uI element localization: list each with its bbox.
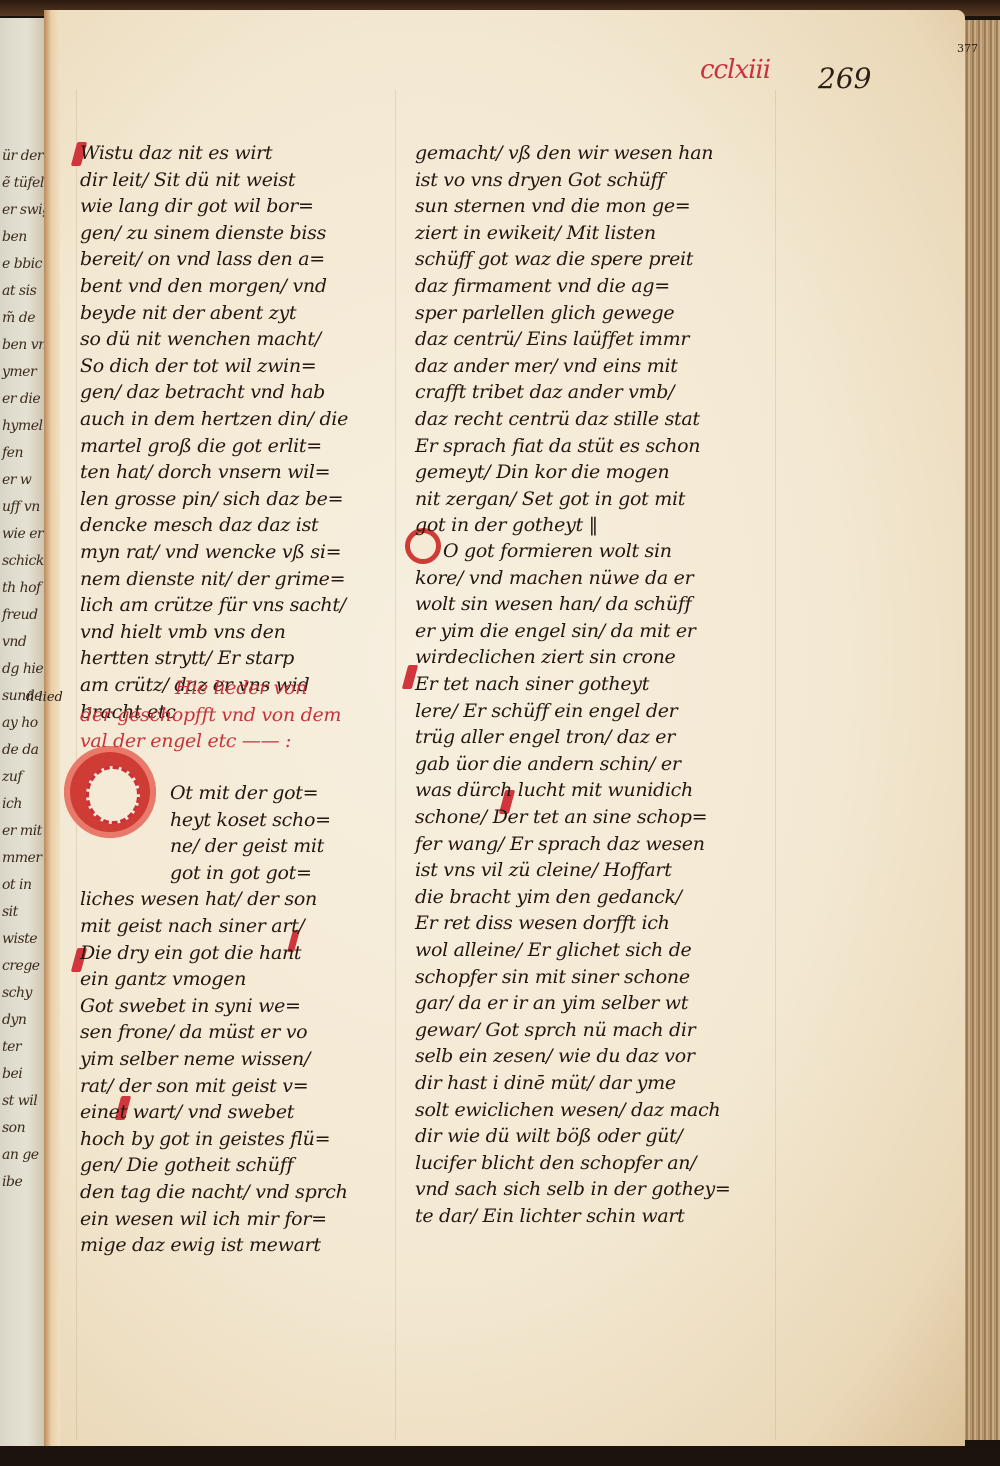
text-line: wolt sin wesen han/ da schüff [415,591,691,618]
text-line: liches wesen hat/ der son [80,886,317,913]
facing-page-text-fragment: er swig [2,202,44,218]
text-line: beyde nit der abent zyt [80,300,296,327]
facing-page-text-fragment: ibe [2,1174,22,1190]
facing-page-text-fragment: ẽ tüfel [2,175,44,191]
text-line: sun sternen vnd die mon ge= [415,193,690,220]
facing-page-text-fragment: ot in [2,877,32,893]
text-line: nem dienste nit/ der grime= [80,566,345,593]
facing-page-text-fragment: bei [2,1066,22,1082]
text-line: bent vnd den morgen/ vnd [80,273,327,300]
text-line: O got formieren wolt sin [443,538,672,565]
text-line: dir leit/ Sit dü nit weist [80,167,295,194]
text-line: Ot mit der got= [170,780,318,807]
text-line: nit zergan/ Set got in got mit [415,486,685,513]
text-line: ist vo vns dryen Got schüff [415,167,664,194]
text-line: die bracht yim den gedanck/ [415,884,682,911]
text-line: te dar/ Ein lichter schin wart [415,1203,684,1230]
facing-page-text-fragment: er mit [2,823,42,839]
text-line: martel groß die got erlit= [80,433,322,460]
text-line: bereit/ on vnd lass den a= [80,246,325,273]
text-line: sper parlellen glich gewege [415,300,674,327]
text-line: Wistu daz nit es wirt [80,140,272,167]
facing-page-text-fragment: sit [2,904,18,920]
text-line: selb ein zesen/ wie du daz vor [415,1043,695,1070]
text-line: Er ret diss wesen dorfft ich [415,910,670,937]
facing-page-text-fragment: st wil [2,1093,37,1109]
text-line: got in got got= [170,860,312,887]
ruling-line [775,90,776,1440]
facing-page-text-fragment: er w [2,472,31,488]
text-line: sen frone/ da müst er vo [80,1019,307,1046]
rubric-heading-line: val der engel etc —— : [80,728,291,755]
text-line: rat/ der son mit geist v= [80,1073,308,1100]
margin-note: ñ lied [26,690,63,705]
rubric-heading-line: der geschopfft vnd von dem [80,702,341,729]
text-line: ist vns vil zü cleine/ Hoffart [415,857,672,884]
facing-page-text-fragment: ter [2,1039,21,1055]
text-line: Got swebet in syni we= [80,993,301,1020]
facing-page-text-fragment: wie er [2,526,43,542]
text-line: gen/ zu sinem dienste biss [80,220,326,247]
text-line: er yim die engel sin/ da mit er [415,618,696,645]
text-line: schopfer sin mit siner schone [415,964,690,991]
facing-page-text-fragment: ay ho [2,715,38,731]
decorated-initial-g-icon [64,746,156,838]
text-line: vnd hielt vmb vns den [80,619,286,646]
text-line: hertten strytt/ Er starp [80,645,294,672]
rubric-heading-line: Hie lieder von [175,675,307,702]
page-edges [965,20,1000,1440]
text-line: hoch by got in geistes flü= [80,1126,330,1153]
facing-page-text-fragment: ich [2,796,22,812]
facing-page-text-fragment: son [2,1120,25,1136]
initial-g-counter [86,766,140,824]
text-line: den tag die nacht/ vnd sprch [80,1179,348,1206]
folio-number-modern: 377 [957,42,978,55]
text-line: daz ander mer/ vnd eins mit [415,353,678,380]
facing-page-text-fragment: de da [2,742,39,758]
book-bottom-shadow [0,1446,1000,1466]
facing-page-text-fragment: ür der [2,148,43,164]
facing-page-text-fragment: wiste [2,931,37,947]
text-line: lucifer blicht den schopfer an/ [415,1150,696,1177]
text-line: so dü nit wenchen macht/ [80,326,321,353]
text-line: len grosse pin/ sich daz be= [80,486,343,513]
folio-number-arabic: 269 [818,62,871,95]
text-line: ziert in ewikeit/ Mit listen [415,220,656,247]
text-line: gemacht/ vß den wir wesen han [415,140,713,167]
text-line: Er sprach fiat da stüt es schon [415,433,700,460]
facing-page-text-fragment: freud [2,607,38,623]
facing-page-text-fragment: ymer [2,364,36,380]
text-line: kore/ vnd machen nüwe da er [415,565,693,592]
facing-page-text-fragment: th hof [2,580,41,596]
facing-page-text-fragment: dg hie [2,661,43,677]
facing-page-text-fragment: er die [2,391,40,407]
facing-page-text-fragment: schick [2,553,44,569]
text-line: mige daz ewig ist mewart [80,1232,321,1259]
text-line: lere/ Er schüff ein engel der [415,698,677,725]
text-line: gab üor die andern schin/ er [415,751,681,778]
text-line: lich am crütze für vns sacht/ [80,592,346,619]
text-line: ein wesen wil ich mir for= [80,1206,327,1233]
facing-page-text-fragment: uff vn [2,499,40,515]
text-line: solt ewiclichen wesen/ daz mach [415,1097,720,1124]
text-line: got in der gotheyt ‖ [415,512,598,539]
text-line: daz recht centrü daz stille stat [415,406,700,433]
facing-page-text-fragment: m̃ de [2,310,35,326]
facing-page-text-fragment: an ge [2,1147,39,1163]
facing-page-text-fragment: fen [2,445,23,461]
text-line: wirdeclichen ziert sin crone [415,644,675,671]
text-line: mit geist nach siner art/ [80,913,305,940]
text-line: was dürch lucht mit wunidich [415,777,693,804]
text-line: gewar/ Got sprch nü mach dir [415,1017,695,1044]
text-line: dencke mesch daz daz ist [80,512,318,539]
facing-page-text-fragment: mmer [2,850,42,866]
facing-page-edge: ür derẽ tüfeler swigbene bbicat sism̃ de… [0,18,44,1458]
text-line: Er tet nach siner gotheyt [415,671,649,698]
facing-page-text-fragment: e bbic [2,256,42,272]
text-line: auch in dem hertzen din/ die [80,406,348,433]
text-line: dir hast i dinē müt/ dar yme [415,1070,676,1097]
text-line: daz centrü/ Eins laüffet immr [415,326,689,353]
text-line: crafft tribet daz ander vmb/ [415,379,674,406]
facing-page-text-fragment: hymel [2,418,42,434]
text-line: vnd sach sich selb in der gothey= [415,1176,731,1203]
text-line: So dich der tot wil zwin= [80,353,316,380]
text-line: schüff got waz die spere preit [415,246,693,273]
text-line: gemeyt/ Din kor die mogen [415,459,669,486]
folio-number-roman: cclxiii [700,55,770,85]
text-line: wol alleine/ Er glichet sich de [415,937,692,964]
text-line: ein gantz vmogen [80,966,246,993]
ruling-line [395,90,396,1440]
text-line: fer wang/ Er sprach daz wesen [415,831,705,858]
text-line: dir wie dü wilt böß oder güt/ [415,1123,683,1150]
facing-page-text-fragment: zuf [2,769,22,785]
facing-page-text-fragment: crege [2,958,40,974]
text-line: heyt koset scho= [170,807,331,834]
facing-page-text-fragment: schy [2,985,32,1001]
facing-page-text-fragment: vnd [2,634,26,650]
text-line: einet wart/ vnd swebet [80,1099,294,1126]
text-line: gen/ Die gotheit schüff [80,1152,293,1179]
text-line: gen/ daz betracht vnd hab [80,379,325,406]
text-line: yim selber neme wissen/ [80,1046,310,1073]
text-line: Die dry ein got die hant [80,940,301,967]
facing-page-text-fragment: dyn [2,1012,26,1028]
text-line: gar/ da er ir an yim selber wt [415,990,688,1017]
facing-page-text-fragment: at sis [2,283,36,299]
text-line: trüg aller engel tron/ daz er [415,724,675,751]
text-line: wie lang dir got wil bor= [80,193,314,220]
text-line: ten hat/ dorch vnsern wil= [80,459,330,486]
text-line: schone/ Der tet an sine schop= [415,804,707,831]
facing-page-text-fragment: ben vn [2,337,44,353]
text-line: myn rat/ vnd wencke vß si= [80,539,341,566]
text-line: daz firmament vnd die ag= [415,273,670,300]
text-line: ne/ der geist mit [170,833,324,860]
facing-page-text-fragment: ben [2,229,27,245]
